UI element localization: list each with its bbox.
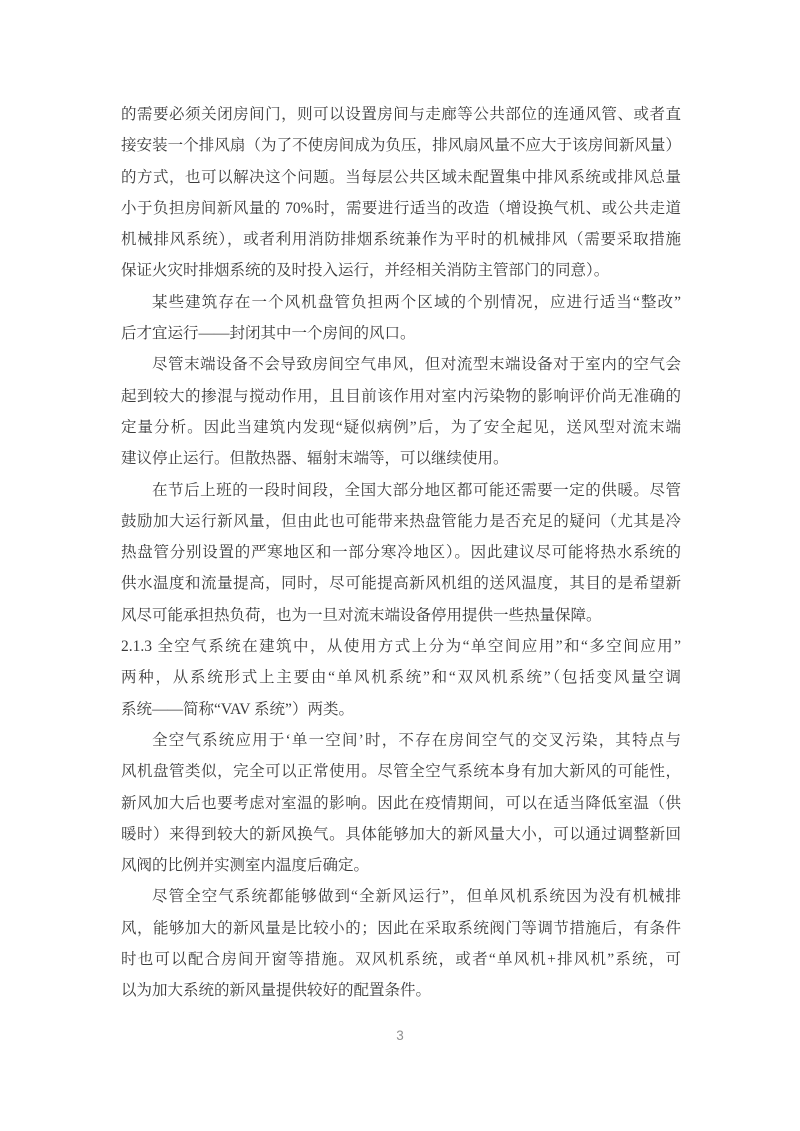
text-line: 热盘管分别设置的严寒地区和一部分寒冷地区）。因此建议尽可能将热水系统的 xyxy=(121,537,681,568)
text-line: 系统——简称“VAV 系统”）两类。 xyxy=(121,694,681,725)
text-line: 时也可以配合房间开窗等措施。双风机系统，或者“单风机+排风机”系统，可 xyxy=(121,944,681,975)
text-line: 鼓励加大运行新风量，但由此也可能带来热盘管能力是否充足的疑问（尤其是冷 xyxy=(121,506,681,537)
text-line: 小于负担房间新风量的 70%时，需要进行适当的改造（增设换气机、或公共走道 xyxy=(121,193,681,224)
text-line: 供水温度和流量提高，同时，尽可能提高新风机组的送风温度，其目的是希望新 xyxy=(121,568,681,599)
page-number: 3 xyxy=(0,1028,800,1043)
text-line: 机械排风系统），或者利用消防排烟系统兼作为平时的机械排风（需要采取措施 xyxy=(121,224,681,255)
text-line: 风尽可能承担热负荷，也为一旦对流末端设备停用提供一些热量保障。 xyxy=(121,600,681,631)
text-line: 尽管末端设备不会导致房间空气串风，但对流型末端设备对于室内的空气会 xyxy=(121,349,681,380)
text-line: 的方式，也可以解决这个问题。当每层公共区域未配置集中排风系统或排风总量 xyxy=(121,162,681,193)
text-line: 全空气系统应用于‘单一空间’时，不存在房间空气的交叉污染，其特点与 xyxy=(121,725,681,756)
text-line: 2.1.3 全空气系统在建筑中，从使用方式上分为“单空间应用”和“多空间应用” xyxy=(121,631,681,662)
document-body: 的需要必须关闭房间门，则可以设置房间与走廊等公共部位的连通风管、或者直接安装一个… xyxy=(121,99,681,1007)
document-page: 的需要必须关闭房间门，则可以设置房间与走廊等公共部位的连通风管、或者直接安装一个… xyxy=(0,0,800,1131)
text-line: 风，能够加大的新风量是比较小的；因此在采取系统阀门等调节措施后，有条件 xyxy=(121,913,681,944)
text-line: 两种，从系统形式上主要由“单风机系统”和“双风机系统”（包括变风量空调 xyxy=(121,662,681,693)
text-line: 某些建筑存在一个风机盘管负担两个区域的个别情况，应进行适当“整改” xyxy=(121,287,681,318)
text-line: 后才宜运行——封闭其中一个房间的风口。 xyxy=(121,318,681,349)
text-line: 新风加大后也要考虑对室温的影响。因此在疫情期间，可以在适当降低室温（供 xyxy=(121,788,681,819)
text-line: 以为加大系统的新风量提供较好的配置条件。 xyxy=(121,975,681,1006)
text-line: 起到较大的掺混与搅动作用，且目前该作用对室内污染物的影响评价尚无准确的 xyxy=(121,381,681,412)
text-line: 的需要必须关闭房间门，则可以设置房间与走廊等公共部位的连通风管、或者直 xyxy=(121,99,681,130)
text-line: 建议停止运行。但散热器、辐射末端等，可以继续使用。 xyxy=(121,443,681,474)
text-line: 接安装一个排风扇（为了不使房间成为负压，排风扇风量不应大于该房间新风量） xyxy=(121,130,681,161)
text-line: 在节后上班的一段时间段，全国大部分地区都可能还需要一定的供暖。尽管 xyxy=(121,475,681,506)
text-line: 风阀的比例并实测室内温度后确定。 xyxy=(121,850,681,881)
text-line: 尽管全空气系统都能够做到“全新风运行”，但单风机系统因为没有机械排 xyxy=(121,881,681,912)
text-line: 暖时）来得到较大的新风换气。具体能够加大的新风量大小，可以通过调整新回 xyxy=(121,819,681,850)
text-line: 定量分析。因此当建筑内发现“疑似病例”后，为了安全起见，送风型对流末端 xyxy=(121,412,681,443)
text-line: 风机盘管类似，完全可以正常使用。尽管全空气系统本身有加大新风的可能性， xyxy=(121,756,681,787)
text-line: 保证火灾时排烟系统的及时投入运行，并经相关消防主管部门的同意）。 xyxy=(121,255,681,286)
